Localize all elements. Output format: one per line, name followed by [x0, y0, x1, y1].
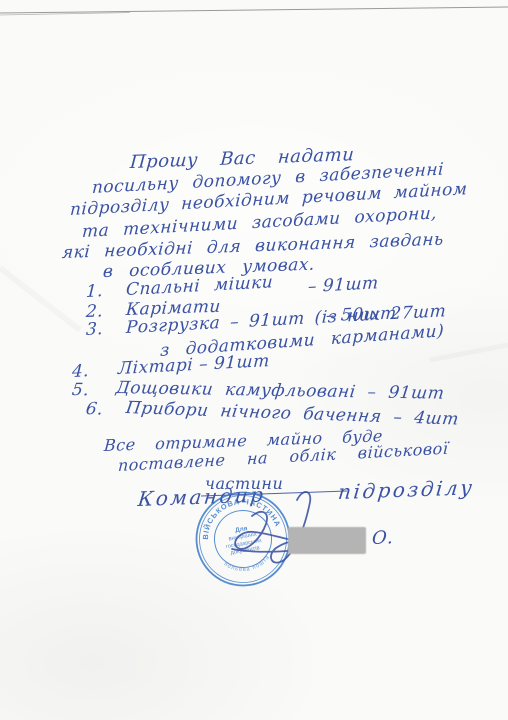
redacted-name-box — [288, 527, 366, 554]
list-item-number: 4. — [71, 361, 89, 382]
list-item-qty: – 91шт — [307, 273, 379, 297]
list-item-number: 6. — [85, 399, 105, 420]
list-item-number: 5. — [71, 380, 91, 400]
signature-title: Командир підрозділу — [137, 475, 476, 511]
paper: Прошу Вас надати посильну допомогу в заб… — [0, 0, 508, 720]
signature-initial: О. — [371, 527, 394, 549]
fold-line — [0, 7, 508, 15]
list-item-text: Ліхтарі – 91шт — [117, 351, 270, 379]
stamp-ring-bottom-text: польова пошта — [222, 553, 273, 576]
round-stamp: ВІЙСЬКОВА ЧАСТИНА польова пошта Для внут… — [193, 489, 293, 589]
list-item-number: 3. — [85, 319, 103, 340]
list-item-number: 1. — [85, 281, 103, 302]
